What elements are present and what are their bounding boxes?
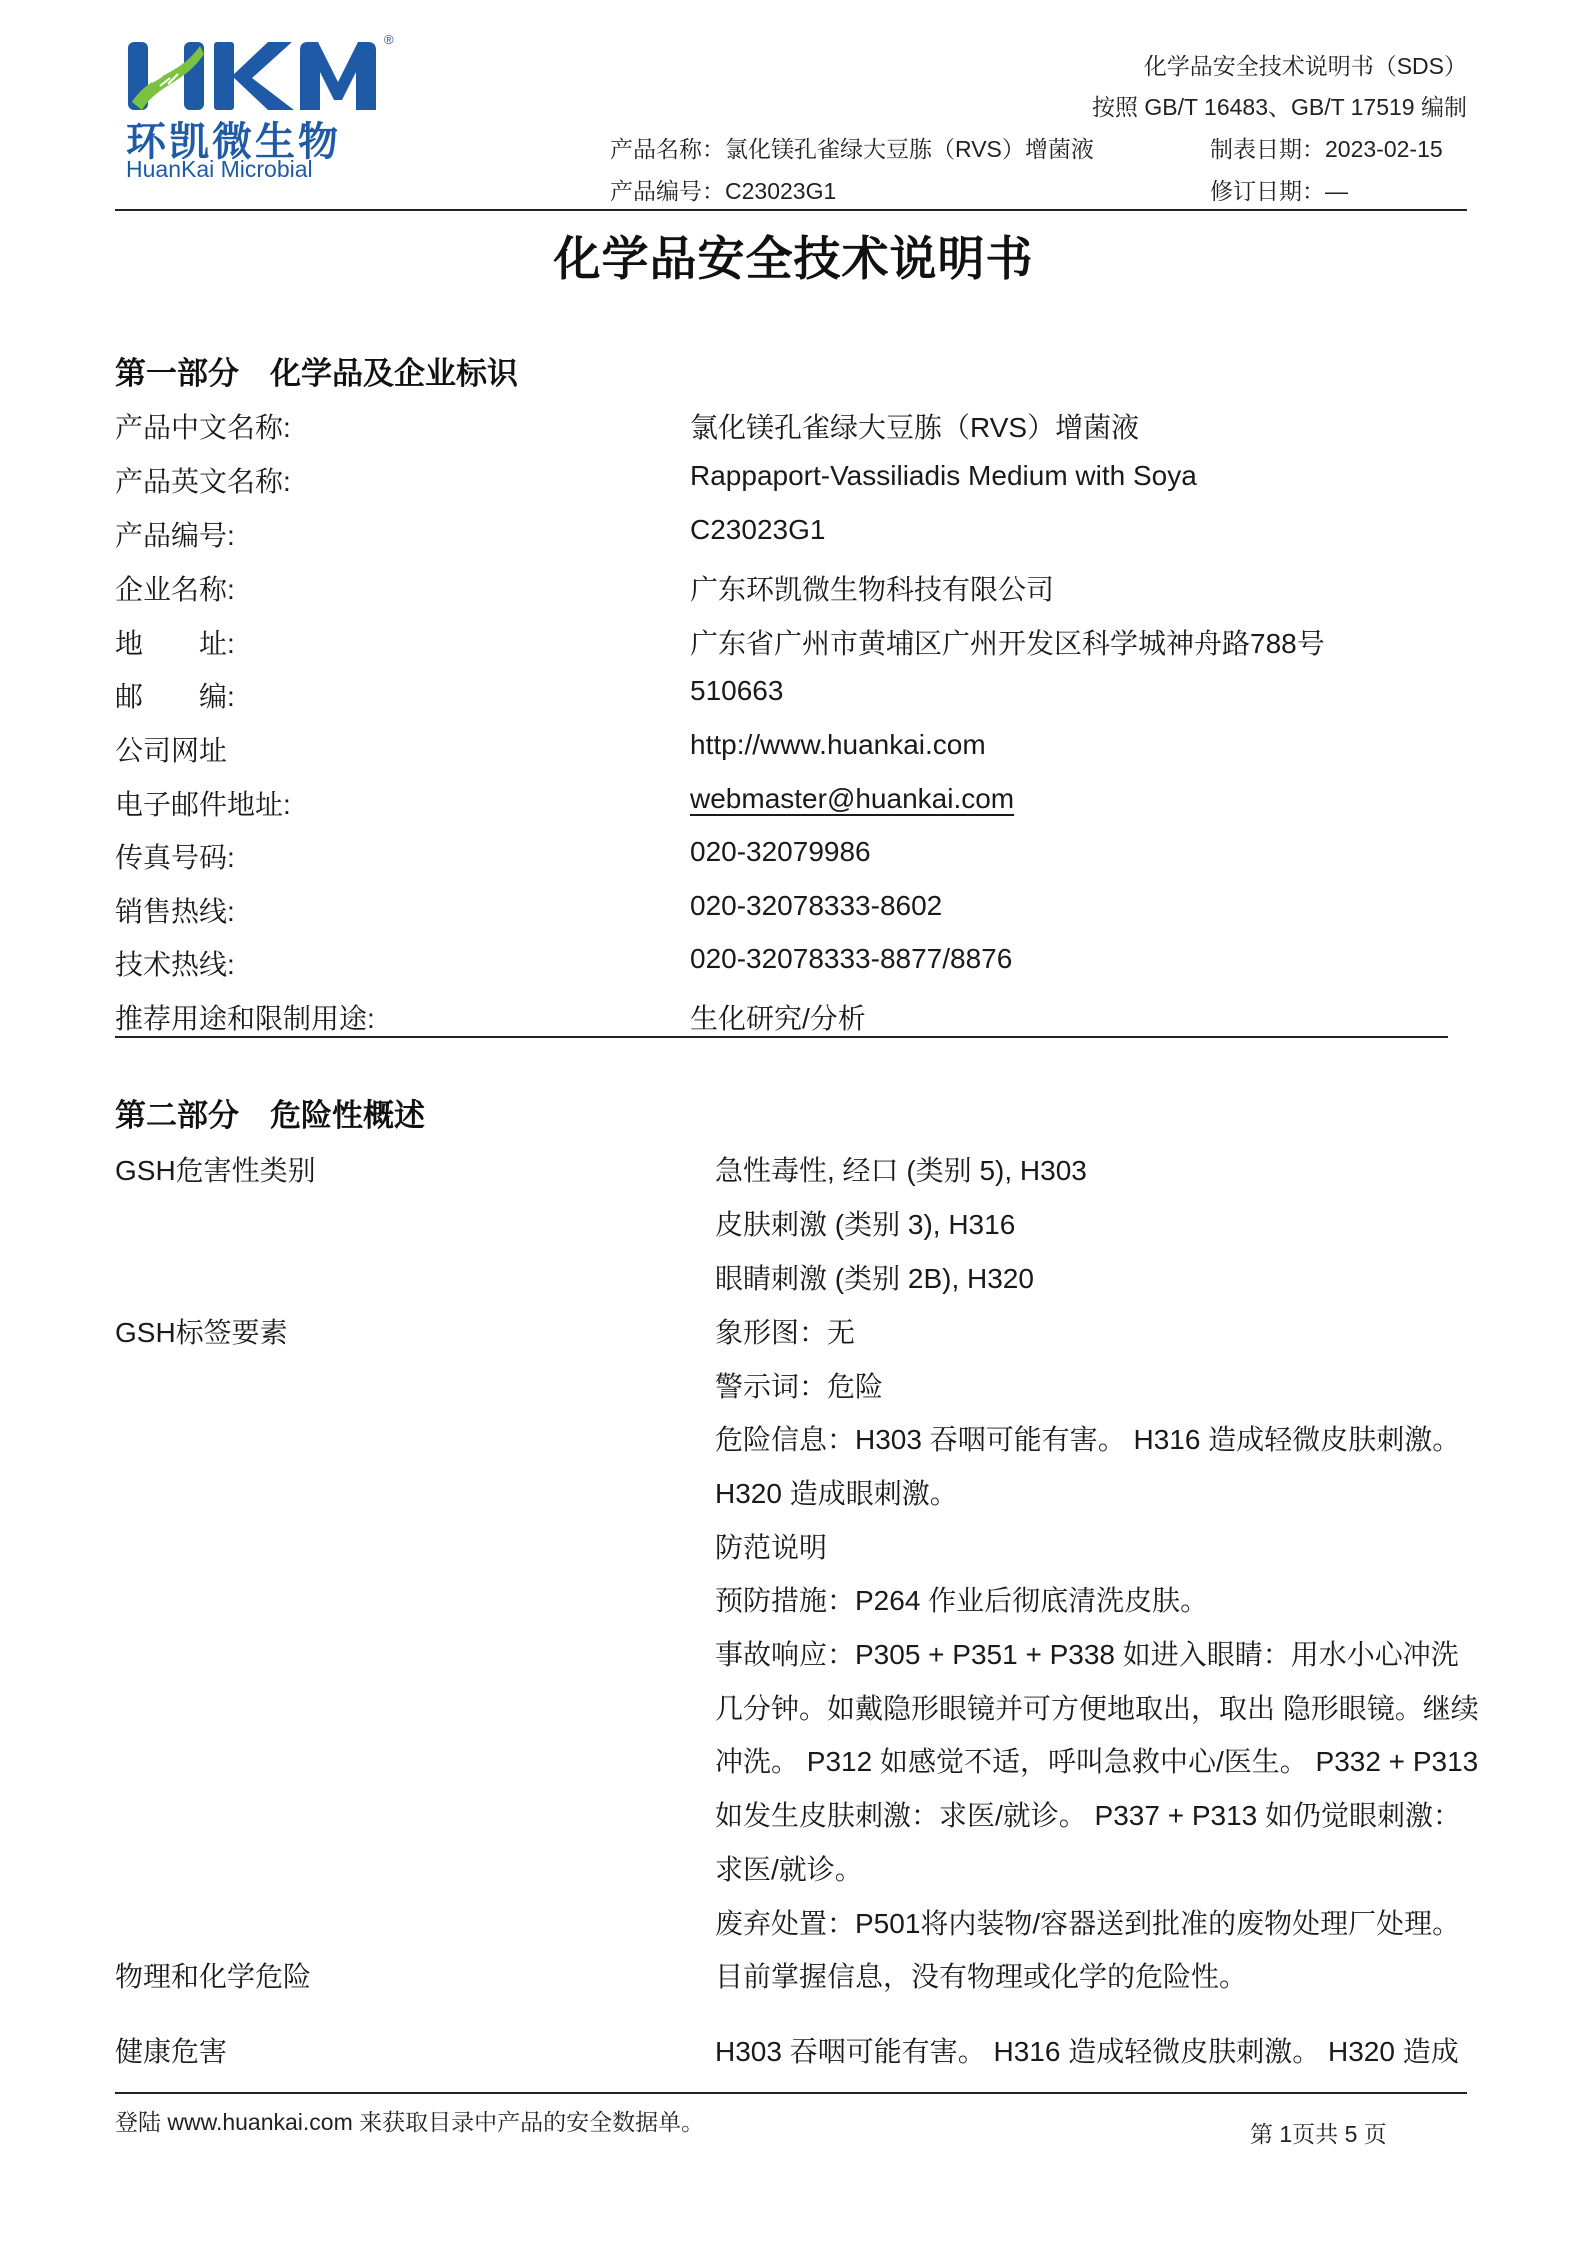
row-label: 地 址: xyxy=(115,622,235,662)
row-value: 510663 xyxy=(690,675,783,707)
row-label: 技术热线: xyxy=(115,943,235,983)
standard-reference: 按照 GB/T 16483、GB/T 17519 编制 xyxy=(1092,89,1467,122)
doc-type: 化学品安全技术说明书（SDS） xyxy=(1144,48,1467,81)
row-label: 产品编号: xyxy=(115,514,235,554)
row-value: 020-32078333-8877/8876 xyxy=(690,943,1012,975)
page-number: 第 1页共 5 页 xyxy=(1250,2116,1387,2149)
phys-chem-hazard-value: 目前掌握信息，没有物理或化学的危险性。 xyxy=(715,1955,1247,1995)
product-name-value: 氯化镁孔雀绿大豆胨（RVS）增菌液 xyxy=(725,136,1094,162)
ghs-label-line: 如发生皮肤刺激：求医/就诊。 P337 + P313 如仍觉眼刺激： xyxy=(715,1794,1461,1834)
phys-chem-hazard-label: 物理和化学危险 xyxy=(115,1955,311,1995)
ghs-label-elements-label: GSH标签要素 xyxy=(115,1311,288,1351)
email-link[interactable]: webmaster@huankai.com xyxy=(690,783,1014,815)
section-1-heading: 第一部分 化学品及企业标识 xyxy=(115,348,518,393)
row-label: 传真号码: xyxy=(115,836,235,876)
section-1-divider xyxy=(115,1036,1448,1038)
company-logo: ® 环凯微生物 HuanKai Microbial xyxy=(122,32,402,182)
row-value: 020-32078333-8602 xyxy=(690,890,942,922)
ghs-class-line: 眼睛刺激 (类别 2B), H320 xyxy=(715,1257,1034,1297)
product-code-field: 产品编号：C23023G1 xyxy=(610,173,836,206)
row-value: 氯化镁孔雀绿大豆胨（RVS）增菌液 xyxy=(690,406,1139,446)
header-divider xyxy=(115,209,1467,211)
issue-date-field: 制表日期：2023-02-15 xyxy=(1210,131,1443,164)
ghs-label-line: 危险信息：H303 吞咽可能有害。 H316 造成轻微皮肤刺激。 xyxy=(715,1418,1460,1458)
ghs-label-line: 防范说明 xyxy=(715,1526,827,1566)
section-2-heading: 第二部分 危险性概述 xyxy=(115,1090,425,1135)
row-value: Rappaport-Vassiliadis Medium with Soya xyxy=(690,460,1197,492)
product-code-value: C23023G1 xyxy=(725,178,836,204)
ghs-class-line: 急性毒性, 经口 (类别 5), H303 xyxy=(715,1149,1087,1189)
row-value: 020-32079986 xyxy=(690,836,871,868)
footer-divider xyxy=(115,2092,1467,2094)
row-label: 公司网址 xyxy=(115,729,227,769)
ghs-label-line: 警示词：危险 xyxy=(715,1365,883,1405)
ghs-label-line: 冲洗。 P312 如感觉不适，呼叫急救中心/医生。 P332 + P313 xyxy=(715,1740,1478,1780)
revision-date-field: 修订日期：— xyxy=(1210,173,1348,206)
ghs-class-line: 皮肤刺激 (类别 3), H316 xyxy=(715,1203,1015,1243)
ghs-label-line: H320 造成眼刺激。 xyxy=(715,1472,958,1512)
row-label: 邮 编: xyxy=(115,675,235,715)
ghs-label-line: 几分钟。如戴隐形眼镜并可方便地取出，取出 隐形眼镜。继续 xyxy=(715,1687,1479,1727)
revision-date-value: — xyxy=(1325,178,1348,204)
footer-note: 登陆 www.huankai.com 来获取目录中产品的安全数据单。 xyxy=(115,2104,704,2137)
health-hazard-value: H303 吞咽可能有害。 H316 造成轻微皮肤刺激。 H320 造成 xyxy=(715,2030,1459,2070)
page-title: 化学品安全技术说明书 xyxy=(0,222,1587,289)
row-label: 产品中文名称: xyxy=(115,406,291,446)
ghs-label-line: 求医/就诊。 xyxy=(715,1848,863,1888)
issue-date-label: 制表日期： xyxy=(1210,136,1325,162)
ghs-class-label: GSH危害性类别 xyxy=(115,1149,316,1189)
health-hazard-label: 健康危害 xyxy=(115,2030,227,2070)
row-label: 销售热线: xyxy=(115,890,235,930)
logo-en-name: HuanKai Microbial xyxy=(126,156,313,183)
row-value: C23023G1 xyxy=(690,514,825,546)
row-value: 广东省广州市黄埔区广州开发区科学城神舟路788号 xyxy=(690,622,1325,662)
ghs-label-line: 象形图：无 xyxy=(715,1311,855,1351)
row-label: 产品英文名称: xyxy=(115,460,291,500)
product-code-label: 产品编号： xyxy=(610,178,725,204)
row-value: 广东环凯微生物科技有限公司 xyxy=(690,568,1054,608)
ghs-label-line: 预防措施：P264 作业后彻底清洗皮肤。 xyxy=(715,1579,1208,1619)
issue-date-value: 2023-02-15 xyxy=(1325,136,1443,162)
row-label: 电子邮件地址: xyxy=(115,783,291,823)
ghs-label-line: 事故响应：P305 + P351 + P338 如进入眼睛：用水小心冲洗 xyxy=(715,1633,1459,1673)
revision-date-label: 修订日期： xyxy=(1210,178,1325,204)
row-label: 企业名称: xyxy=(115,568,235,608)
row-value: 生化研究/分析 xyxy=(690,997,866,1037)
ghs-label-line: 废弃处置：P501将内装物/容器送到批准的废物处理厂处理。 xyxy=(715,1902,1460,1942)
product-name-field: 产品名称：氯化镁孔雀绿大豆胨（RVS）增菌液 xyxy=(610,131,1094,164)
registered-mark: ® xyxy=(384,32,394,47)
row-label: 推荐用途和限制用途: xyxy=(115,997,375,1037)
product-name-label: 产品名称： xyxy=(610,136,725,162)
website-link[interactable]: http://www.huankai.com xyxy=(690,729,986,761)
